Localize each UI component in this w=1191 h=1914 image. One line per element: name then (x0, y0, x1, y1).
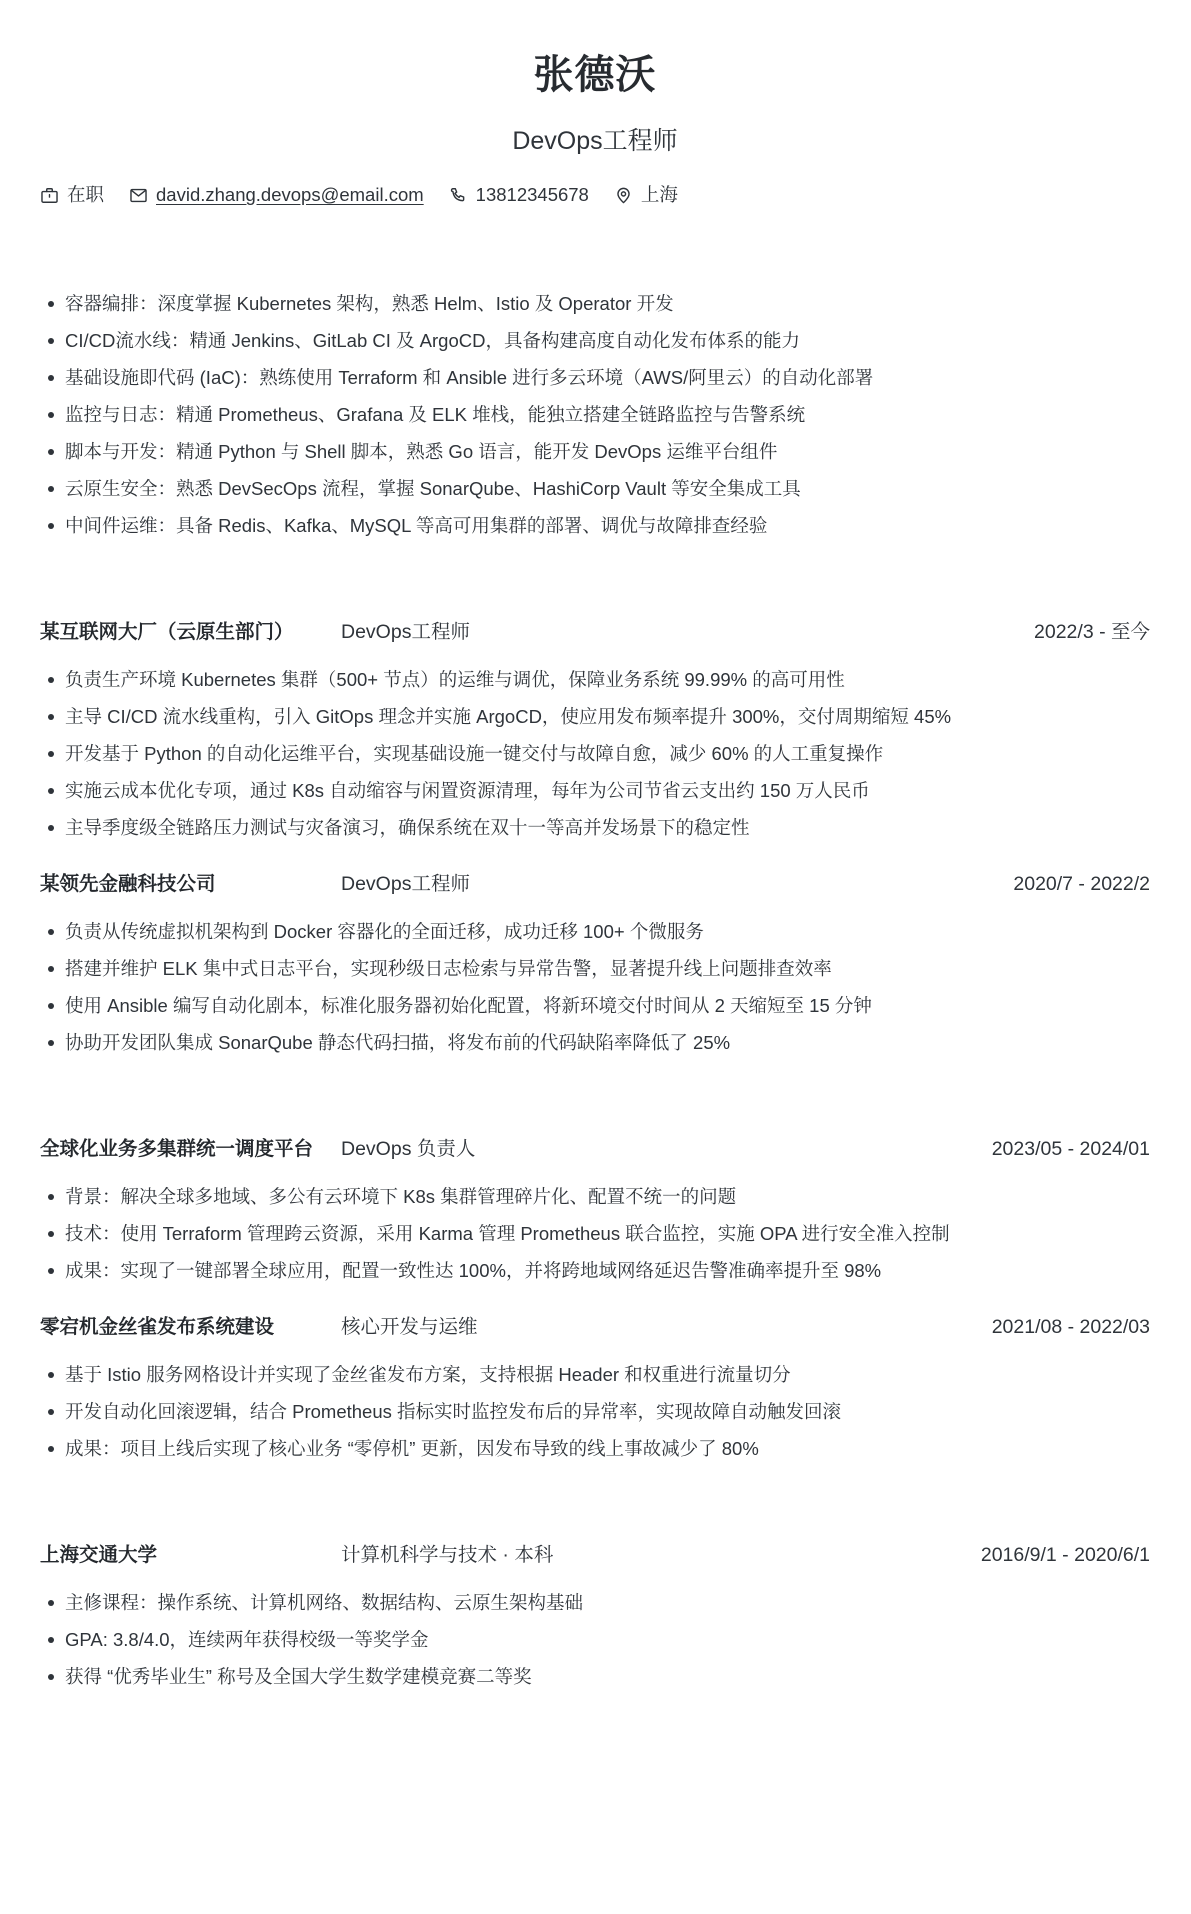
project-bullet-list: 背景：解决全球多地域、多公有云环境下 K8s 集群管理碎片化、配置不统一的问题技… (40, 1181, 1150, 1286)
bullet-item: 搭建并维护 ELK 集中式日志平台，实现秒级日志检索与异常告警，显著提升线上问题… (40, 953, 1150, 984)
experience-entry: 某领先金融科技公司 DevOps工程师 2020/7 - 2022/2 负责从传… (40, 871, 1150, 1058)
project-entry-header: 全球化业务多集群统一调度平台 DevOps 负责人 2023/05 - 2024… (40, 1136, 1150, 1162)
date-range: 2023/05 - 2024/01 (992, 1136, 1150, 1162)
email-contact: david.zhang.devops@email.com (129, 182, 424, 208)
project-name: 零宕机金丝雀发布系统建设 (40, 1314, 341, 1340)
bullet-item: 实施云成本优化专项，通过 K8s 自动缩容与闲置资源清理，每年为公司节省云支出约… (40, 775, 1150, 806)
skills-section: 容器编排：深度掌握 Kubernetes 架构，熟悉 Helm、Istio 及 … (40, 288, 1150, 541)
date-range: 2021/08 - 2022/03 (992, 1314, 1150, 1340)
bullet-item: 主修课程：操作系统、计算机网络、数据结构、云原生架构基础 (40, 1587, 1150, 1618)
project-bullet-list: 基于 Istio 服务网格设计并实现了金丝雀发布方案，支持根据 Header 和… (40, 1359, 1150, 1464)
bullet-item: CI/CD流水线：精通 Jenkins、GitLab CI 及 ArgoCD，具… (40, 325, 1150, 356)
experience-bullet-list: 负责从传统虚拟机架构到 Docker 容器化的全面迁移，成功迁移 100+ 个微… (40, 916, 1150, 1058)
company-name: 某互联网大厂（云原生部门） (40, 619, 341, 645)
location-label: 上海 (641, 182, 678, 208)
date-range: 2020/7 - 2022/2 (1013, 871, 1150, 897)
bullet-item: 获得 “优秀毕业生” 称号及全国大学生数学建模竞赛二等奖 (40, 1661, 1150, 1692)
project-name: 全球化业务多集群统一调度平台 (40, 1136, 341, 1162)
bullet-item: GPA: 3.8/4.0，连续两年获得校级一等奖学金 (40, 1624, 1150, 1655)
experience-section: 某互联网大厂（云原生部门） DevOps工程师 2022/3 - 至今 负责生产… (40, 619, 1150, 1058)
bullet-item: 开发自动化回滚逻辑，结合 Prometheus 指标实时监控发布后的异常率，实现… (40, 1396, 1150, 1427)
degree-major: 计算机科学与技术 · 本科 (341, 1542, 553, 1568)
experience-entry-header: 某互联网大厂（云原生部门） DevOps工程师 2022/3 - 至今 (40, 619, 1150, 645)
bullet-item: 背景：解决全球多地域、多公有云环境下 K8s 集群管理碎片化、配置不统一的问题 (40, 1181, 1150, 1212)
project-role: DevOps 负责人 (341, 1136, 475, 1162)
education-entry: 上海交通大学 计算机科学与技术 · 本科 2016/9/1 - 2020/6/1… (40, 1542, 1150, 1692)
bullet-item: 使用 Ansible 编写自动化剧本，标准化服务器初始化配置，将新环境交付时间从… (40, 990, 1150, 1021)
experience-bullet-list: 负责生产环境 Kubernetes 集群（500+ 节点）的运维与调优，保障业务… (40, 664, 1150, 843)
project-entry: 全球化业务多集群统一调度平台 DevOps 负责人 2023/05 - 2024… (40, 1136, 1150, 1286)
location-contact: 上海 (614, 182, 678, 208)
bullet-item: 容器编排：深度掌握 Kubernetes 架构，熟悉 Helm、Istio 及 … (40, 288, 1150, 319)
position-title: DevOps工程师 (341, 871, 470, 897)
position-title: DevOps工程师 (341, 619, 470, 645)
bullet-item: 主导 CI/CD 流水线重构，引入 GitOps 理念并实施 ArgoCD，使应… (40, 701, 1150, 732)
project-entry: 零宕机金丝雀发布系统建设 核心开发与运维 2021/08 - 2022/03 基… (40, 1314, 1150, 1464)
bullet-item: 协助开发团队集成 SonarQube 静态代码扫描，将发布前的代码缺陷率降低了 … (40, 1027, 1150, 1058)
bullet-item: 开发基于 Python 的自动化运维平台，实现基础设施一键交付与故障自愈，减少 … (40, 738, 1150, 769)
job-title: DevOps工程师 (40, 126, 1150, 156)
bullet-item: 监控与日志：精通 Prometheus、Grafana 及 ELK 堆栈，能独立… (40, 399, 1150, 430)
location-pin-icon (614, 186, 633, 205)
bullet-item: 成果：项目上线后实现了核心业务 “零停机” 更新，因发布导致的线上事故减少了 8… (40, 1433, 1150, 1464)
date-range: 2016/9/1 - 2020/6/1 (981, 1542, 1150, 1568)
bullet-item: 技术：使用 Terraform 管理跨云资源，采用 Karma 管理 Prome… (40, 1218, 1150, 1249)
employment-status: 在职 (40, 182, 104, 208)
school-name: 上海交通大学 (40, 1542, 341, 1568)
skills-list: 容器编排：深度掌握 Kubernetes 架构，熟悉 Helm、Istio 及 … (40, 288, 1150, 541)
projects-section: 全球化业务多集群统一调度平台 DevOps 负责人 2023/05 - 2024… (40, 1136, 1150, 1464)
bullet-item: 基于 Istio 服务网格设计并实现了金丝雀发布方案，支持根据 Header 和… (40, 1359, 1150, 1390)
candidate-name: 张德沃 (40, 50, 1150, 100)
phone-number: 13812345678 (476, 182, 589, 208)
bullet-item: 云原生安全：熟悉 DevSecOps 流程，掌握 SonarQube、Hashi… (40, 473, 1150, 504)
employment-status-label: 在职 (67, 182, 104, 208)
date-range: 2022/3 - 至今 (1034, 619, 1150, 645)
experience-entry-header: 某领先金融科技公司 DevOps工程师 2020/7 - 2022/2 (40, 871, 1150, 897)
education-section: 上海交通大学 计算机科学与技术 · 本科 2016/9/1 - 2020/6/1… (40, 1542, 1150, 1692)
bullet-item: 负责从传统虚拟机架构到 Docker 容器化的全面迁移，成功迁移 100+ 个微… (40, 916, 1150, 947)
experience-entry: 某互联网大厂（云原生部门） DevOps工程师 2022/3 - 至今 负责生产… (40, 619, 1150, 843)
bullet-item: 中间件运维：具备 Redis、Kafka、MySQL 等高可用集群的部署、调优与… (40, 510, 1150, 541)
email-link[interactable]: david.zhang.devops@email.com (156, 182, 424, 208)
email-icon (129, 186, 148, 205)
resume-page: 张德沃 DevOps工程师 在职 (0, 0, 1191, 1692)
phone-contact: 13812345678 (449, 182, 589, 208)
contact-row: 在职 david.zhang.devops@email.com 138 (40, 182, 1150, 208)
company-name: 某领先金融科技公司 (40, 871, 341, 897)
bullet-item: 负责生产环境 Kubernetes 集群（500+ 节点）的运维与调优，保障业务… (40, 664, 1150, 695)
phone-icon (449, 186, 468, 205)
bullet-item: 成果：实现了一键部署全球应用，配置一致性达 100%，并将跨地域网络延迟告警准确… (40, 1255, 1150, 1286)
resume-header: 张德沃 DevOps工程师 在职 (40, 50, 1150, 208)
bullet-item: 主导季度级全链路压力测试与灾备演习，确保系统在双十一等高并发场景下的稳定性 (40, 812, 1150, 843)
education-bullet-list: 主修课程：操作系统、计算机网络、数据结构、云原生架构基础GPA: 3.8/4.0… (40, 1587, 1150, 1692)
project-entry-header: 零宕机金丝雀发布系统建设 核心开发与运维 2021/08 - 2022/03 (40, 1314, 1150, 1340)
briefcase-icon (40, 186, 59, 205)
bullet-item: 基础设施即代码 (IaC)：熟练使用 Terraform 和 Ansible 进… (40, 362, 1150, 393)
bullet-item: 脚本与开发：精通 Python 与 Shell 脚本，熟悉 Go 语言，能开发 … (40, 436, 1150, 467)
project-role: 核心开发与运维 (341, 1314, 478, 1340)
education-entry-header: 上海交通大学 计算机科学与技术 · 本科 2016/9/1 - 2020/6/1 (40, 1542, 1150, 1568)
